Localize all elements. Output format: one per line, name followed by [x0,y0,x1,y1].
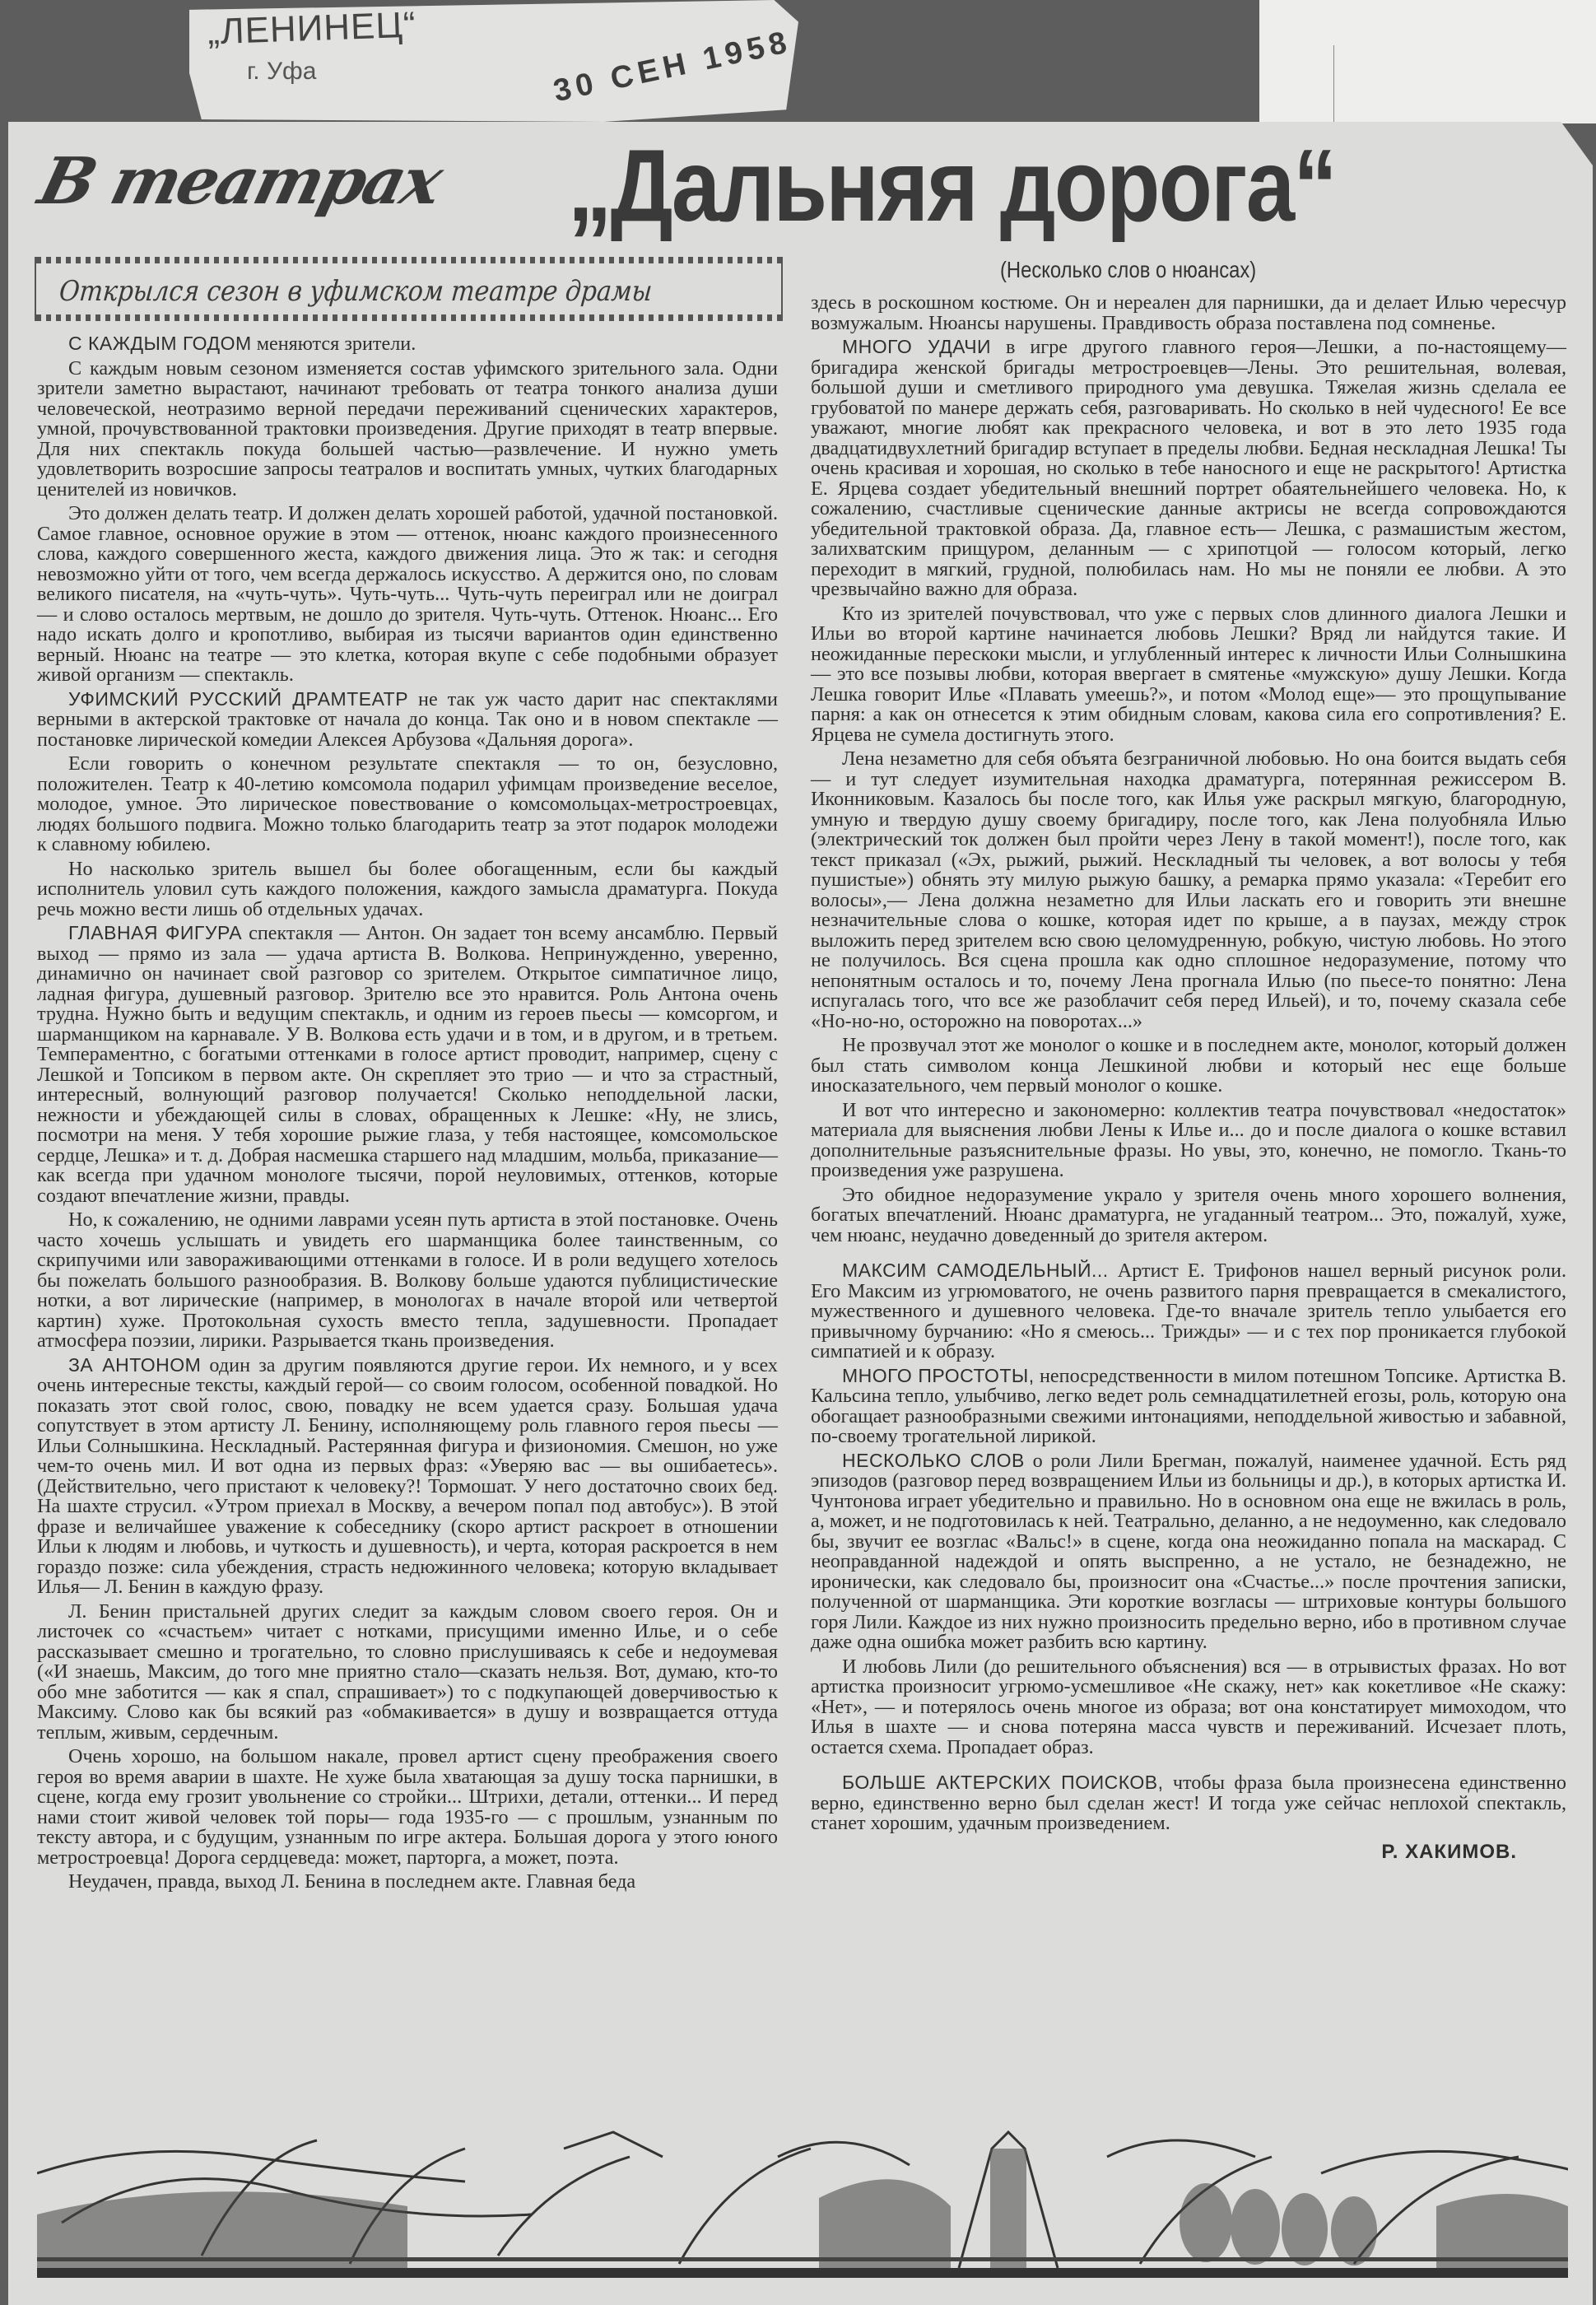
article-paragraph: МНОГО ПРОСТОТЫ, непосредственности в мил… [811,1366,1566,1447]
article-paragraph: Если говорить о конечном результате спек… [37,753,778,855]
paragraph-text: Кто из зрителей почувствовал, что уже с … [811,603,1566,746]
article-paragraph: ЗА АНТОНОМ один за другим появляются дру… [37,1355,778,1598]
article-paragraph: С КАЖДЫМ ГОДОМ меняются зрители. [37,333,778,355]
article-title: „Дальняя дорога“ [568,128,1336,244]
article-paragraph: И вот что интересно и закономерно: колле… [811,1100,1566,1181]
article-subtitle: (Несколько слов о нюансах) [1000,257,1256,283]
article-paragraph: Но, к сожалению, не одними лаврами усеян… [37,1209,778,1352]
newspaper-stamp-label: „ЛЕНИНЕЦ“ г. Уфа 30 СЕН 1958 [189,0,798,122]
article-paragraph: И любовь Лили (до решительного объяснени… [811,1656,1566,1758]
paragraph-text: Если говорить о конечном результате спек… [37,752,778,855]
article-paragraph: НЕСКОЛЬКО СЛОВ о роли Лили Брегман, пожа… [811,1451,1566,1653]
article-paragraph: Не прозвучал этот же монолог о кошке и в… [811,1035,1566,1097]
paragraph-text: Л. Бенин пристальней других следит за ка… [37,1600,778,1744]
article-paragraph: Это должен делать театр. И должен делать… [37,503,778,686]
paragraph-lead-caps: С КАЖДЫМ ГОДОМ [68,333,252,354]
ornament-rule-thick [37,2268,1568,2278]
paragraph-text: Это должен делать театр. И должен делать… [37,502,778,686]
paragraph-text: И любовь Лили (до решительного объяснени… [811,1655,1566,1758]
article-paragraph: УФИМСКИЙ РУССКИЙ ДРАМТЕАТР не так уж час… [37,689,778,751]
paragraph-gap [811,1761,1566,1772]
paragraph-lead-caps: УФИМСКИЙ РУССКИЙ ДРАМТЕАТР [68,688,408,710]
article-column-left: С КАЖДЫМ ГОДОМ меняются зрители.С каждым… [37,333,778,1896]
paragraph-text: один за другим появляются другие герои. … [37,1354,778,1599]
stamp-date: 30 СЕН 1958 [551,25,795,109]
paragraph-text: спектакля — Антон. Он задает тон всему а… [37,922,778,1207]
paragraph-lead-caps: ЗА АНТОНОМ [68,1354,201,1376]
article-paragraph: здесь в роскошном костюме. Он и нереален… [811,292,1566,333]
paragraph-text: Лена незаметно для себя объята безгранич… [811,747,1566,1032]
paragraph-text: меняются зрители. [252,333,416,355]
paragraph-lead-caps: МНОГО УДАЧИ [842,336,991,357]
paragraph-lead-caps: НЕСКОЛЬКО СЛОВ [842,1450,1025,1471]
author-signature: Р. ХАКИМОВ. [811,1842,1566,1863]
article-paragraph: Но насколько зритель вышел бы более обог… [37,859,778,920]
stamp-city: г. Уфа [247,58,316,86]
article-paragraph: МНОГО УДАЧИ в игре другого главного геро… [811,337,1566,600]
paragraph-text: Но, к сожалению, не одними лаврами усеян… [37,1208,778,1352]
article-paragraph: Лена незаметно для себя объята безгранич… [811,748,1566,1031]
kicker-frame: Открылся сезон в уфимском театре драмы [35,257,783,321]
article-column-right: здесь в роскошном костюме. Он и нереален… [811,292,1566,1862]
background-sheet [1259,0,1596,123]
harvest-vegetables-ornament-icon [37,2124,1568,2276]
paragraph-text: С каждым новым сезоном изменяется состав… [37,357,778,501]
article-paragraph: Л. Бенин пристальней других следит за ка… [37,1601,778,1744]
paragraph-text: Неудачен, правда, выход Л. Бенина в посл… [68,1870,635,1893]
article-paragraph: МАКСИМ САМОДЕЛЬНЫЙ... Артист Е. Трифонов… [811,1260,1566,1362]
paragraph-text: Но насколько зритель вышел бы более обог… [37,858,778,920]
stamp-newspaper-name: „ЛЕНИНЕЦ“ [207,5,416,54]
article-paragraph: Кто из зрителей почувствовал, что уже с … [811,603,1566,746]
ornament-rule-thin [37,2257,1568,2261]
article-paragraph: Неудачен, правда, выход Л. Бенина в посл… [37,1871,778,1893]
paragraph-lead-caps: МНОГО ПРОСТОТЫ, [842,1365,1035,1386]
article-paragraph: Это обидное недоразумение украло у зрите… [811,1185,1566,1246]
paragraph-text: о роли Лили Брегман, пожалуй, наименее у… [811,1450,1566,1654]
article-paragraph: Очень хорошо, на большом накале, провел … [37,1746,778,1868]
article-kicker: Открылся сезон в уфимском театре драмы [58,275,654,308]
paragraph-text: Очень хорошо, на большом накале, провел … [37,1745,778,1869]
paragraph-text: Это обидное недоразумение украло у зрите… [811,1184,1566,1246]
paragraph-text: в игре другого главного героя—Лешки, а п… [811,336,1566,600]
section-rubric: В театрах [32,144,449,219]
article-paragraph: С каждым новым сезоном изменяется состав… [37,358,778,501]
paragraph-lead-caps: БОЛЬШЕ АКТЕРСКИХ ПОИСКОВ, [842,1772,1163,1793]
paragraph-text: здесь в роскошном костюме. Он и нереален… [811,291,1566,334]
paragraph-text: И вот что интересно и закономерно: колле… [811,1099,1566,1182]
paragraph-text: Не прозвучал этот же монолог о кошке и в… [811,1034,1566,1097]
article-paragraph: БОЛЬШЕ АКТЕРСКИХ ПОИСКОВ, чтобы фраза бы… [811,1772,1566,1834]
paragraph-gap [811,1249,1566,1260]
sheet-edge-line [1333,45,1334,123]
article-paragraph: ГЛАВНАЯ ФИГУРА спектакля — Антон. Он зад… [37,923,778,1206]
paragraph-lead-caps: ГЛАВНАЯ ФИГУРА [68,922,242,943]
paragraph-lead-caps: МАКСИМ САМОДЕЛЬНЫЙ... [842,1260,1109,1281]
